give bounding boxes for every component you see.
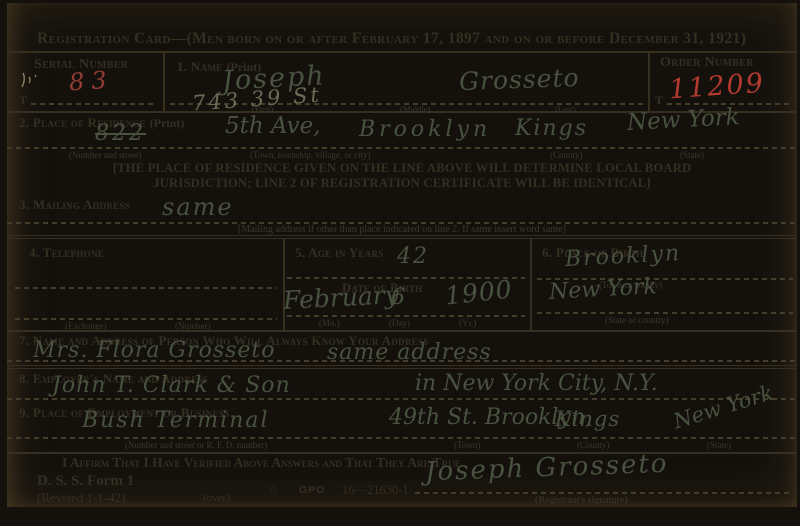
residence-street-value: 5th Ave, xyxy=(225,115,321,138)
residence-pencil-correction: 743 39 St xyxy=(191,84,322,114)
mailing-address-label: 3. Mailing Address xyxy=(19,197,130,213)
birth-town-value: Brooklyn xyxy=(565,243,682,271)
jurisdiction-notice-line1: [THE PLACE OF RESIDENCE GIVEN ON THE LIN… xyxy=(7,161,797,176)
form-number: D. S. S. Form 1 xyxy=(37,473,134,490)
telephone-exchange-sublabel: (Exchange) xyxy=(65,321,106,331)
registration-card: Registration Card—(Men born on or after … xyxy=(7,3,797,507)
residence-county-sublabel: (County) xyxy=(550,150,583,160)
mailing-address-value: same xyxy=(162,195,234,219)
dob-month-value: February xyxy=(282,282,399,313)
residence-number-value: 822 xyxy=(95,123,146,145)
birth-state-sublabel: (State or country) xyxy=(605,315,668,325)
age-value: 42 xyxy=(397,246,429,268)
employment-county-sublabel: (County) xyxy=(577,440,610,450)
signature-dotted-line xyxy=(415,492,791,494)
dob-day-value: 6 xyxy=(391,287,405,309)
gpo-imprint: GPO xyxy=(299,484,325,496)
age-label: 5. Age in Years xyxy=(295,245,384,261)
serial-prefix: T xyxy=(19,93,27,108)
signature-sublabel: (Registrant's signature) xyxy=(535,495,628,506)
telephone-dotted-line-1 xyxy=(15,287,277,289)
residence-town-sublabel: (Town, township, village, or city) xyxy=(250,150,371,160)
mailing-bottom-double-rule xyxy=(7,235,797,239)
residence-street-sublabel: (Number and street) xyxy=(69,150,141,160)
employment-dotted-line xyxy=(7,437,797,439)
residence-city-value: Brooklyn xyxy=(359,119,491,141)
margin-pencil-scribble-icon xyxy=(17,69,43,95)
residence-dotted-line xyxy=(7,147,797,149)
contact-dotted-line xyxy=(7,360,797,362)
affirmation-statement: I Affirm That I Have Verified Above Answ… xyxy=(62,455,464,471)
divider-age-birth xyxy=(530,239,532,330)
dob-year-sublabel: (Yr.) xyxy=(459,318,476,328)
birth-state-dotted-line xyxy=(537,312,793,314)
divider-serial-name xyxy=(163,51,165,111)
order-prefix: T xyxy=(655,93,663,108)
contact-name-value: Mrs. Flora Grosseto xyxy=(33,340,276,362)
employment-street-sublabel: (Number and street or R. F. D. number) xyxy=(125,440,267,450)
serial-dotted-line xyxy=(31,103,157,105)
name-middle-sublabel: (Middle) xyxy=(400,104,430,114)
residence-qualifier: (Print) xyxy=(150,116,185,130)
employer-dotted-line xyxy=(7,398,797,400)
telephone-number-sublabel: (Number) xyxy=(175,321,211,331)
residence-county-value: Kings xyxy=(515,118,588,140)
employment-state-sublabel: (State) xyxy=(707,440,731,450)
form-revision: (Revised 1-1-42) xyxy=(37,490,125,506)
order-number-value: 11209 xyxy=(668,70,766,104)
employer-name-value: John T. Clark & Son xyxy=(52,375,291,397)
employment-place-value: Bush Terminal xyxy=(82,410,270,432)
mailing-hint: [Mailing address if other than place ind… xyxy=(7,224,797,235)
dob-year-value: 1900 xyxy=(444,277,514,309)
gpo-print-code: 16—21630-1 xyxy=(342,483,409,498)
divider-telephone-age xyxy=(283,239,285,330)
over-note: (over) xyxy=(203,492,230,504)
jurisdiction-notice-line2: JURISDICTION; LINE 2 OF REGISTRATION CER… xyxy=(7,176,797,191)
birth-state-value: New York xyxy=(548,276,657,304)
serial-number-value: 83 xyxy=(68,67,114,94)
telephone-dotted-line-2 xyxy=(15,318,277,320)
header-rule xyxy=(7,51,797,53)
telephone-label: 4. Telephone xyxy=(29,245,104,261)
name-last-value: Grosseto xyxy=(459,65,580,94)
employment-town-sublabel: (Town) xyxy=(454,440,480,450)
employment-state-value: New York xyxy=(671,382,776,432)
name-last-sublabel: (Last) xyxy=(555,104,575,114)
dob-month-sublabel: (Mo.) xyxy=(319,318,340,328)
employment-county-value: Kings xyxy=(555,409,620,430)
residence-state-value: New York xyxy=(626,106,740,135)
row4-bottom-rule xyxy=(7,330,797,332)
dob-day-sublabel: (Day) xyxy=(389,318,410,328)
divider-name-order xyxy=(648,51,650,111)
employment-bottom-rule xyxy=(7,452,797,454)
star-icon: ☆ xyxy=(267,481,279,497)
employer-address-value: in New York City, N.Y. xyxy=(415,373,658,395)
dob-dotted-line xyxy=(287,315,525,317)
contact-bottom-double-rule xyxy=(7,365,797,369)
residence-state-sublabel: (State) xyxy=(680,150,704,160)
name-label: 1. Name xyxy=(177,59,223,74)
card-title: Registration Card—(Men born on or after … xyxy=(37,30,746,48)
registrant-signature-value: Joseph Grosseto xyxy=(425,451,669,485)
scanned-registration-card-photo: Registration Card—(Men born on or after … xyxy=(0,0,800,526)
